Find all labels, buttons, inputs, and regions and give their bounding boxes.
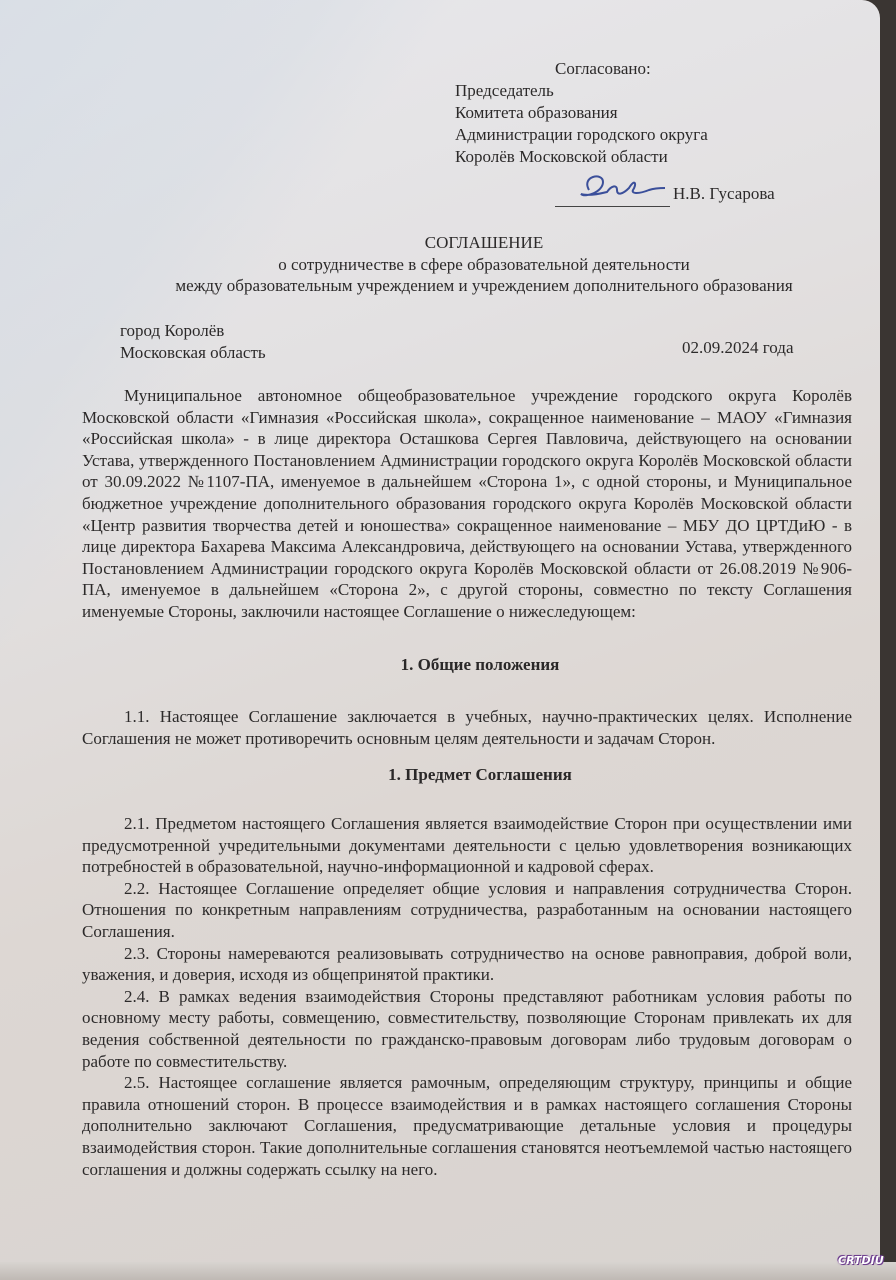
approval-line: Королёв Московской области bbox=[455, 146, 668, 168]
document-date: 02.09.2024 года bbox=[682, 337, 794, 359]
approval-line: Председатель bbox=[455, 80, 554, 102]
document-subtitle: о сотрудничестве в сфере образовательной… bbox=[0, 254, 896, 276]
approval-line: Комитета образования bbox=[455, 102, 618, 124]
document-title: СОГЛАШЕНИЕ bbox=[0, 232, 896, 254]
section-2: 2.1. Предметом настоящего Соглашения явл… bbox=[82, 813, 852, 1180]
place-region: Московская область bbox=[120, 342, 266, 364]
under-page-edge bbox=[0, 1262, 896, 1280]
signature-line bbox=[555, 176, 670, 207]
document-subtitle: между образовательным учреждением и учре… bbox=[0, 275, 896, 297]
handwritten-signature-icon bbox=[577, 170, 667, 204]
place-city: город Королёв bbox=[120, 320, 224, 342]
signer-name: Н.В. Гусарова bbox=[673, 183, 775, 205]
approval-line: Администрации городского округа bbox=[455, 124, 708, 146]
watermark: CRTDIU bbox=[838, 1254, 884, 1267]
section-1: 1.1. Настоящее Соглашение заключается в … bbox=[82, 706, 852, 749]
clause: 1.1. Настоящее Соглашение заключается в … bbox=[82, 706, 852, 749]
preamble-text: Муниципальное автономное общеобразовател… bbox=[82, 385, 852, 623]
section-heading: 1. Предмет Соглашения bbox=[0, 765, 896, 785]
clause: 2.4. В рамках ведения взаимодействия Сто… bbox=[82, 986, 852, 1072]
section-heading: 1. Общие положения bbox=[0, 655, 896, 675]
clause: 2.3. Стороны намереваются реализовывать … bbox=[82, 943, 852, 986]
clause: 2.2. Настоящее Соглашение определяет общ… bbox=[82, 878, 852, 943]
preamble: Муниципальное автономное общеобразовател… bbox=[82, 385, 852, 623]
clause: 2.5. Настоящее соглашение является рамоч… bbox=[82, 1072, 852, 1180]
clause: 2.1. Предметом настоящего Соглашения явл… bbox=[82, 813, 852, 878]
approval-heading: Согласовано: bbox=[555, 58, 651, 80]
